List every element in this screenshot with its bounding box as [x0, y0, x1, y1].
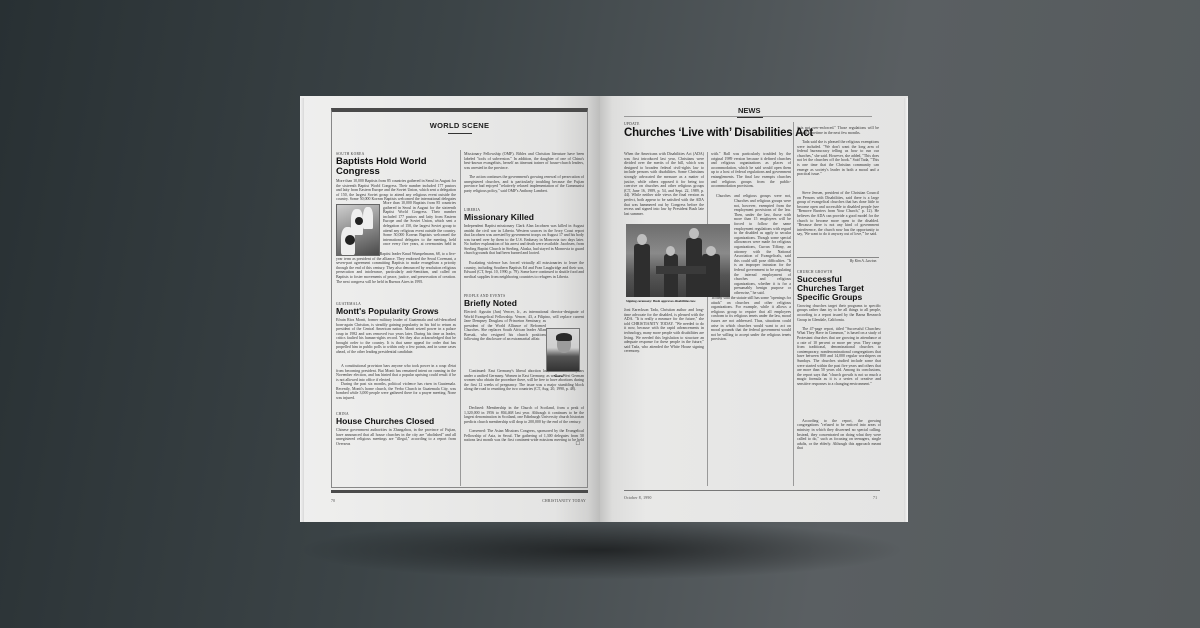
section-title-news: NEWS [738, 106, 761, 115]
byline-rule [797, 257, 879, 258]
bottom-rule [331, 490, 588, 493]
page-number: 70 [331, 499, 335, 503]
vencer-photo [546, 328, 580, 372]
story-body-continued: A constitutional provision bars anyone w… [336, 364, 456, 382]
bottom-rule [624, 490, 880, 491]
column-divider [707, 301, 708, 486]
issue-date: October 8, 1990 [624, 496, 652, 500]
story-successful-churches: CHURCH GROWTH Successful Churches Target… [797, 270, 881, 460]
story-headline: Montt's Popularity Grows [336, 307, 456, 316]
story-headline: Briefly Noted [464, 299, 584, 308]
column-divider [460, 150, 461, 486]
section-title-underline [737, 117, 763, 118]
end-mark: ☐ [576, 441, 580, 447]
page-number: 71 [873, 496, 877, 500]
story-body: Chinese government authorities in Zhangz… [336, 428, 456, 451]
story-headline: Baptists Hold World Congress [336, 157, 456, 177]
right-page: NEWS UPDATE Churches ‘Live with’ Disabil… [600, 96, 908, 522]
story-column-1: When the Americans with Disabilities Act… [624, 152, 704, 221]
story-body-continued-2: According to the report, the growing con… [797, 419, 881, 460]
story-body: Independent Baptist missionary Clark Ala… [464, 224, 584, 261]
section-title-underline [448, 133, 472, 134]
left-page: WORLD SCENE SOUTH KOREA Baptists Hold Wo… [300, 96, 600, 522]
world-scene-frame: WORLD SCENE SOUTH KOREA Baptists Hold Wo… [331, 108, 588, 488]
page-edge-left [300, 98, 304, 522]
magazine-shadow [296, 520, 906, 580]
story-body: Growing churches target their programs t… [797, 304, 881, 327]
story-headline: Successful Churches Target Specific Grou… [797, 275, 881, 302]
story-missionary-killed: LIBERIA Missionary Killed Independent Ba… [464, 208, 584, 284]
story-body-continued: Escalating violence has forced virtually… [464, 261, 584, 284]
story-column-2-wrap: Churches and religious groups were not, … [734, 199, 791, 296]
byline: By Kim A. Lawton. [850, 259, 877, 263]
story-column-3-continued: Tada said she is pleased the religious e… [797, 140, 879, 190]
mass-baptism-photo [336, 204, 380, 256]
story-headline: House Churches Closed [336, 417, 456, 426]
story-disabilities-act: UPDATE Churches ‘Live with’ Disabilities… [624, 122, 789, 139]
story-column-1-continued: Joni Eareckson Tada, Christian author an… [624, 308, 704, 486]
story-body-wrap: More than 10,000 Baptists from 85 countr… [383, 201, 456, 247]
story-column-2-continued-2: Tiffany said the statute still has some … [711, 296, 791, 486]
column-divider [793, 122, 794, 486]
story-body-continued-2: Declined: Membership in the Church of Sc… [464, 406, 584, 429]
story-body-continued-3: Convened: The Asian Missions Congress, s… [464, 429, 584, 443]
publication-name: CHRISTIANITY TODAY [542, 499, 586, 503]
story-body-continued: Continued: East Germany's liberal aborti… [464, 369, 584, 406]
story-column-3: it is not over-enforced." Those regulati… [797, 126, 879, 140]
story-body: More than 10,000 Baptists from 85 countr… [336, 179, 456, 201]
page-edge-right [904, 98, 908, 522]
story-headline: Missionary Killed [464, 213, 584, 222]
photo-caption: Vencer [554, 374, 564, 378]
story-body: Elected: Agustin (Jun) Vencer, Jr., as i… [464, 310, 584, 319]
story-body-continued-2: During the past six months, political vi… [336, 382, 456, 405]
story-headline: Churches ‘Live with’ Disabilities Act [624, 127, 789, 139]
story-column-2: with." Ball was particularly troubled by… [711, 152, 791, 193]
section-title-world-scene: WORLD SCENE [332, 121, 587, 130]
story-body-wrap: Jane Dempsey Douglass of Princeton Semin… [464, 319, 546, 369]
story-house-churches-continued: Missionary Fellowship (OMF). Bibles and … [464, 152, 584, 198]
story-body: Missionary Fellowship (OMF). Bibles and … [464, 152, 584, 175]
story-body: Efrain Rios Montt, former military leade… [336, 318, 456, 364]
magazine-spread: WORLD SCENE SOUTH KOREA Baptists Hold Wo… [300, 96, 908, 522]
story-body-continued: The action continues the government's gr… [464, 175, 584, 198]
story-montt-popularity: GUATEMALA Montt's Popularity Grows Efrai… [336, 302, 456, 405]
story-body-continued: Participants elected Danish Baptist lead… [336, 252, 456, 302]
signing-ceremony-photo [626, 224, 730, 297]
story-body-continued: The 47-page report, titled "Successful C… [797, 327, 881, 419]
story-column-3-continued-2: Steve Jensen, president of the Christian… [797, 191, 879, 251]
story-house-churches-closed: CHINA House Churches Closed Chinese gove… [336, 412, 456, 451]
